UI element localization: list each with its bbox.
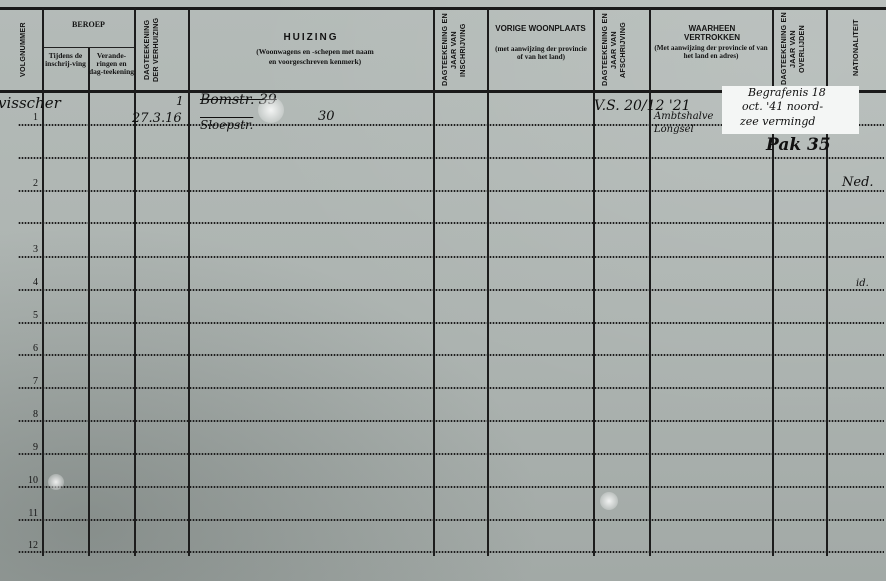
entry-waarheen: Ambtshalve Longsel (654, 110, 720, 136)
row-number: 9 (14, 442, 38, 453)
pasted-note-line1: Begrafenis 18 (748, 86, 826, 99)
header-vorige-sub: (met aanwijzing der provincie of van het… (495, 45, 587, 61)
row-number: 5 (14, 310, 38, 321)
entry-nationaliteit-row4: id. (856, 278, 869, 289)
entry-huizing-new: Sloepstr. (200, 118, 253, 132)
row-number: 8 (14, 409, 38, 420)
entry-beroep: visscher (0, 94, 61, 112)
row-number: 7 (14, 376, 38, 387)
row-line (18, 453, 884, 455)
row-line (18, 322, 884, 324)
header-vorige-woonplaats: VORIGE WOONPLAATS (488, 24, 593, 33)
header-volgnummer: VOLGNUMMER (18, 14, 30, 86)
row-line (18, 486, 884, 488)
column-divider (134, 8, 136, 556)
row-number: 11 (14, 508, 38, 519)
row-number: 4 (14, 277, 38, 288)
header-huizing-sub: (Woonwagens en -schepen met naam en voor… (255, 47, 375, 67)
entry-verhuizing-date: 27.3.16 (132, 111, 182, 126)
row-number: 2 (14, 178, 38, 189)
row-line (18, 420, 884, 422)
header-beroep-tijdens: Tijdens de inschrij-ving (44, 52, 87, 68)
row-line (18, 190, 884, 192)
header-waarheen: WAARHEEN VERTROKKEN (662, 24, 762, 42)
row-line (18, 551, 884, 553)
header-nationaliteit: NATIONALITEIT (851, 10, 863, 86)
row-line (18, 387, 884, 389)
header-afschrijving: DAGTEEKENING EN JAAR VAN AFSCHRIJVING (600, 12, 642, 88)
scan-glare (48, 474, 64, 490)
pasted-note-line3: zee vermingd (740, 115, 815, 128)
top-rule (0, 7, 886, 10)
row-line (18, 157, 884, 159)
entry-overlijden-note: Pak 35 (766, 135, 831, 155)
row-line (18, 222, 884, 224)
row-number: 6 (14, 343, 38, 354)
entry-verhuizing-mark: 1 (176, 94, 184, 108)
row-line (18, 519, 884, 521)
header-waarheen-sub: (Met aanwijzing der provincie of van het… (652, 44, 770, 60)
header-beroep: BEROEP (43, 20, 134, 29)
row-line (18, 256, 884, 258)
row-line (18, 354, 884, 356)
header-beroep-veranderingen: Verande-ringen en dag-teekening (89, 52, 134, 76)
scan-glare (258, 97, 284, 123)
header-overlijden: DAGTEEKENING EN JAAR VAN OVERLIJDEN (779, 10, 821, 88)
header-huizing: HUIZING (189, 32, 433, 43)
row-number: 12 (14, 540, 38, 551)
column-divider (188, 8, 190, 556)
column-divider (433, 8, 435, 556)
column-divider (649, 8, 651, 556)
row-line (18, 289, 884, 291)
column-divider (593, 8, 595, 556)
column-divider (487, 8, 489, 556)
pasted-note-line2: oct. '41 noord- (742, 100, 823, 113)
scan-glare (600, 492, 618, 510)
register-card: VOLGNUMMER BEROEP Tijdens de inschrij-vi… (0, 0, 886, 581)
entry-huizing-number: 30 (318, 109, 335, 124)
header-verhuizing: DAGTEEKENING DER VERHUIZING (142, 12, 182, 88)
row-number: 3 (14, 244, 38, 255)
column-divider (42, 8, 44, 556)
header-inschrijving: DAGTEEKENING EN JAAR VAN INSCHRIJVING (440, 12, 480, 88)
row-number: 1 (14, 112, 38, 123)
row-number: 10 (14, 475, 38, 486)
entry-nationaliteit-row2: Ned. (842, 175, 874, 190)
